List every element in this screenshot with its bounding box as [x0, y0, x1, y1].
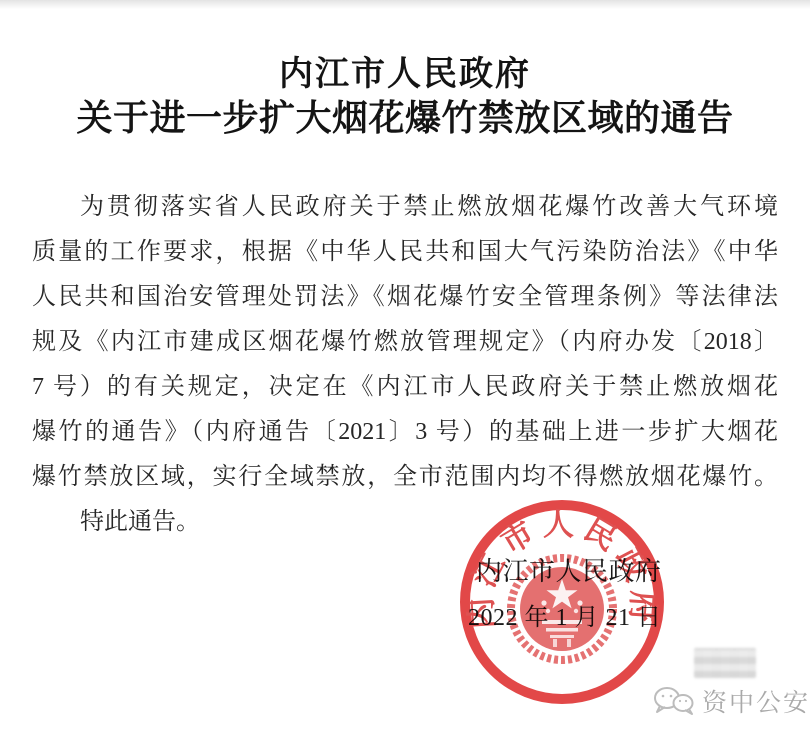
body-line: 7 号）的有关规定，决定在《内江市人民政府关于禁止燃放烟花	[32, 365, 778, 410]
wechat-account-watermark: 资中公安	[652, 685, 810, 717]
body-line: 为贯彻落实省人民政府关于禁止燃放烟花爆竹改善大气环境	[32, 185, 778, 230]
wechat-account-name: 资中公安	[702, 683, 810, 719]
blurred-redaction-patch	[694, 648, 756, 678]
body-line: 规及《内江市建成区烟花爆竹燃放管理规定》（内府办发〔2018〕	[32, 320, 778, 365]
document-title-issuer: 内江市人民政府	[0, 46, 810, 95]
notice-document-page: 内江市人民政府 关于进一步扩大烟花爆竹禁放区域的通告 为贯彻落实省人民政府关于禁…	[0, 0, 810, 737]
body-line: 人民共和国治安管理处罚法》《烟花爆竹安全管理条例》等法律法	[32, 275, 778, 320]
wechat-icon	[652, 686, 696, 716]
top-edge-shadow	[0, 0, 810, 9]
body-line: 质量的工作要求，根据《中华人民共和国大气污染防治法》《中华	[32, 230, 778, 275]
signature-issuer: 内江市人民政府	[476, 551, 662, 588]
body-line: 爆竹的通告》（内府通告〔2021〕3 号）的基础上进一步扩大烟花	[32, 410, 778, 455]
signature-date: 2022 年 1 月 21 日	[468, 597, 662, 632]
document-title-subject: 关于进一步扩大烟花爆竹禁放区域的通告	[0, 90, 810, 141]
